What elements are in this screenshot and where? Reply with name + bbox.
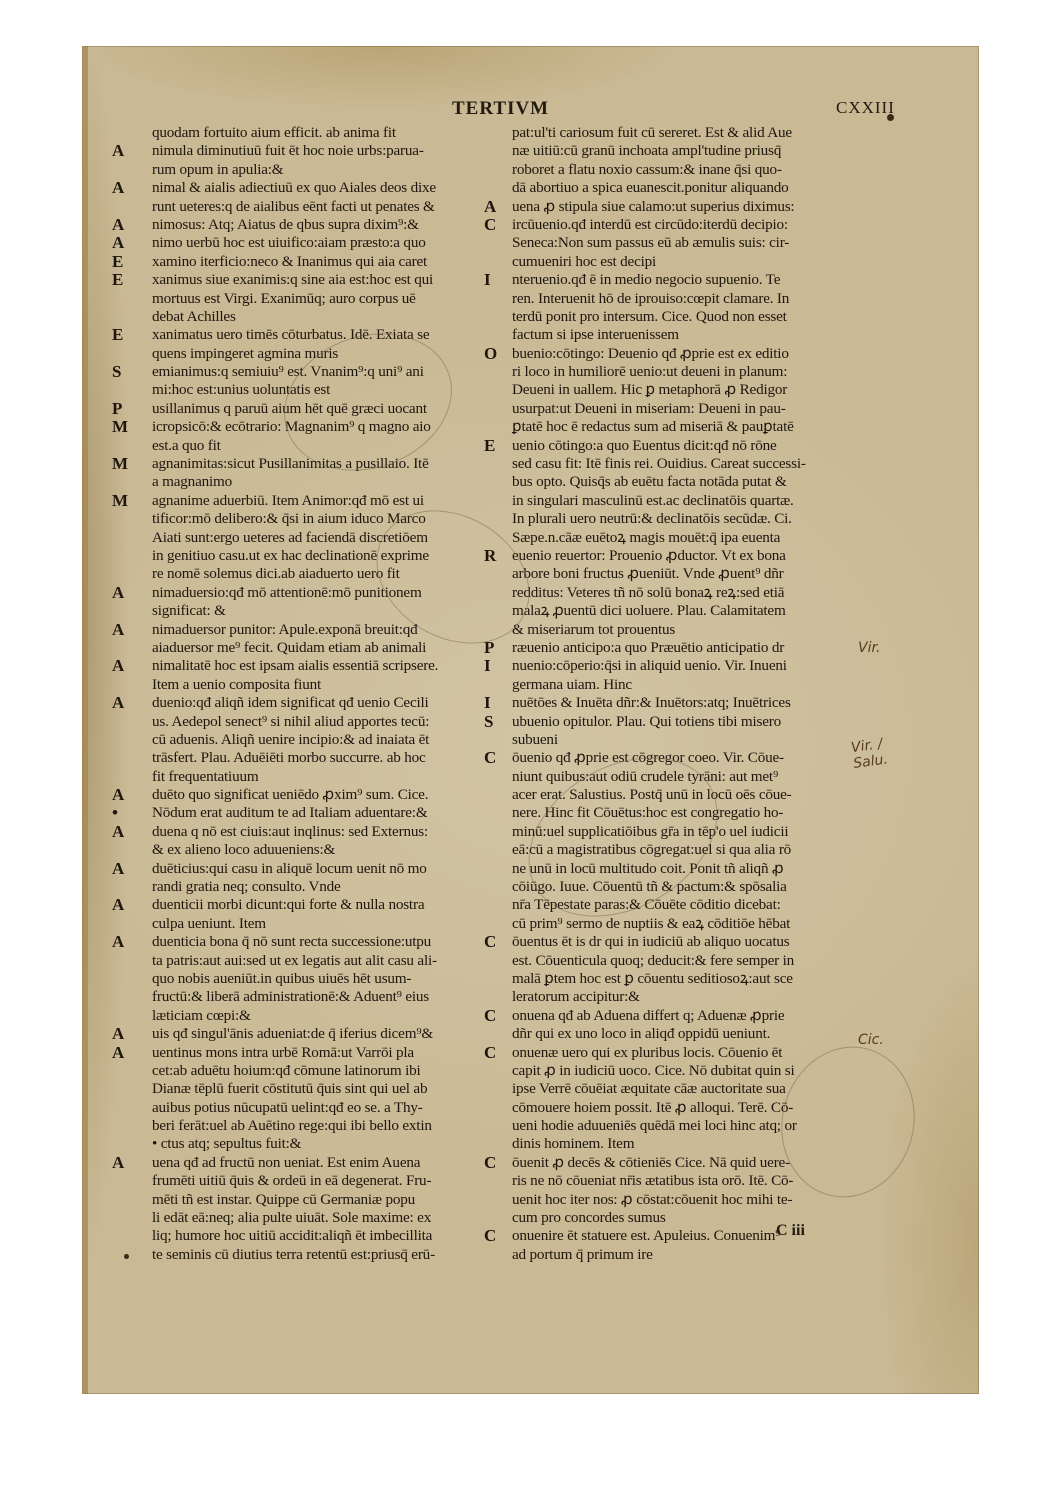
line-text: ren. Interuenit hō de iprouiso:cœpit cla… <box>512 290 789 308</box>
text-line: ꝑtatē hoc ē redactus sum ad miseriā & pa… <box>480 418 825 436</box>
initial-letter: M <box>112 418 134 436</box>
line-text: a magnanimo <box>152 473 232 491</box>
text-line: næ uitiū:cū granū inchoata ampl'tudine p… <box>480 142 825 160</box>
line-text: ris ne nō cōueniat nr̄is ætatibus ista o… <box>512 1172 793 1190</box>
line-text: ta patris:aut aui:sed ut ex legatis aut … <box>152 952 437 970</box>
line-text: ræuenio anticipo:a quo Præuētio anticipa… <box>512 639 784 657</box>
text-line: ueni hodie aduueniēs quēdā mei loci hinc… <box>480 1117 825 1135</box>
running-header-title: TERTIVM <box>452 98 549 120</box>
text-line: •Nōdum erat auditum te ad Italiam aduent… <box>112 804 482 822</box>
line-text: cum pro concordes sumus <box>512 1209 666 1227</box>
text-line: malā ꝑtem hoc est ꝑ cōuentu seditiosoꝝ:a… <box>480 970 825 988</box>
line-text: culpa ueniunt. Item <box>152 915 266 933</box>
text-line: Inuenio:cōperio:q̄si in aliquid uenio. V… <box>480 657 825 675</box>
line-text: nuenio:cōperio:q̄si in aliquid uenio. Vi… <box>512 657 787 675</box>
text-line: quo nobis aueniūt.in quibus uiuēs hēt us… <box>112 970 482 988</box>
text-line: Conuena qđ ab Aduena differt q; Aduenæ ꝓ… <box>480 1007 825 1025</box>
line-text: est.a quo fit <box>152 437 221 455</box>
line-text: uenio cōtingo:a quo Euentus dicit:qđ nō … <box>512 437 777 455</box>
line-text: duena q nō est ciuis:aut inqlinus: sed E… <box>152 823 428 841</box>
line-text: malā ꝑtem hoc est ꝑ cōuentu seditiosoꝝ:a… <box>512 970 793 988</box>
line-text: factum si ipse interuenissem <box>512 326 679 344</box>
text-line: Aduenio:qđ aliqñ idem significat qđ ueni… <box>112 694 482 712</box>
text-line: malaꝝ ꝓuentū dici uoluere. Plau. Calamit… <box>480 602 825 620</box>
line-text: malaꝝ ꝓuentū dici uoluere. Plau. Calamit… <box>512 602 786 620</box>
text-line: usurpat:ut Deueni in miseriam: Deueni in… <box>480 400 825 418</box>
page-edge-shadow <box>82 46 88 1394</box>
line-text: li edāt eā:neq; alia pulte uiuāt. Sole m… <box>152 1209 431 1227</box>
text-line: pat:ul'ti cariosum fuit cū sereret. Est … <box>480 124 825 142</box>
text-line: cōmouere hoiem possit. Itē ꝓ alloqui. Te… <box>480 1099 825 1117</box>
initial-letter: C <box>484 1007 506 1025</box>
text-line: Animula diminutiuū fuit ēt hoc noie urbs… <box>112 142 482 160</box>
initial-letter: A <box>112 896 134 914</box>
line-text: ꝑtatē hoc ē redactus sum ad miseriā & pa… <box>512 418 794 436</box>
text-line: Magnanimitas:sicut Pusillanimitas a pusi… <box>112 455 482 473</box>
text-line: cū aduenis. Aliqñ uenire incipio:& ad in… <box>112 731 482 749</box>
line-text: trāsfert. Plau. Aduēiēti morbo succurre.… <box>152 749 426 767</box>
text-line: & miseriarum tot prouentus <box>480 621 825 639</box>
text-line: Aduenticia bona q̄ nō sunt recta success… <box>112 933 482 951</box>
line-text: • ctus atq; sepultus fuit:& <box>152 1135 301 1153</box>
line-text: pat:ul'ti cariosum fuit cū sereret. Est … <box>512 124 792 142</box>
line-text: redditus: Veteres tñ nō solū bonaꝝ reꝝ:s… <box>512 584 784 602</box>
text-line: est. Cōuenticula quoq; deducit:& fere se… <box>480 952 825 970</box>
text-line: Deueni in uallem. Hic ꝑ metaphorā ꝓ Redi… <box>480 381 825 399</box>
text-line: ipse Verrē cōuēiat æquitate cāæ auctorit… <box>480 1080 825 1098</box>
text-line: beri ferāt:uel ab Auētino rege:qui ibi b… <box>112 1117 482 1135</box>
line-text: dā abortiuo a spica euanescit.ponitur al… <box>512 179 789 197</box>
line-text: ad portum q̄ primum ire <box>512 1246 653 1264</box>
text-line: ta patris:aut aui:sed ut ex legatis aut … <box>112 952 482 970</box>
line-text: duenticii morbi dicunt:qui forte & nulla… <box>152 896 424 914</box>
line-text: Nōdum erat auditum te ad Italiam aduenta… <box>152 804 427 822</box>
text-line: frumēti uitiū q̄uis & ordeū in eā degene… <box>112 1172 482 1190</box>
text-line: roboret a flatu noxio cassum:& inane q̄s… <box>480 161 825 179</box>
text-line: læticiam cœpi:& <box>112 1007 482 1025</box>
line-text: auibus potius nūcupatū uelint:qđ eo se. … <box>152 1099 423 1117</box>
initial-letter: C <box>484 749 506 767</box>
signature-mark: C iii <box>776 1222 805 1240</box>
line-text: terdū ponit pro intersum. Cice. Quod non… <box>512 308 787 326</box>
line-text: buenio:cōtingo: Deuenio qđ ꝓprie est ex … <box>512 345 789 363</box>
text-line: li edāt eā:neq; alia pulte uiuāt. Sole m… <box>112 1209 482 1227</box>
text-line: in singulari masculinū est.ac declinatōi… <box>480 492 825 510</box>
initial-letter: A <box>112 1025 134 1043</box>
line-text: ōuentus ēt is dr qui in iudiciū ab aliqu… <box>512 933 789 951</box>
initial-letter: M <box>112 492 134 510</box>
text-line: redditus: Veteres tñ nō solū bonaꝝ reꝝ:s… <box>480 584 825 602</box>
line-text: nimula diminutiuū fuit ēt hoc noie urbs:… <box>152 142 424 160</box>
line-text: uenit hoc iter nos: ꝓ cōstat:cōuenit hoc… <box>512 1191 792 1209</box>
text-line: leratorum accipitur:& <box>480 988 825 1006</box>
line-text: onuenæ uero qui ex pluribus locis. Cōuen… <box>512 1044 782 1062</box>
text-line: arbore boni fructus ꝓueniūt. Vnde ꝓuent⁹… <box>480 565 825 583</box>
line-text: debat Achilles <box>152 308 236 326</box>
marginal-note: Vir. <box>858 640 880 656</box>
line-text: onuenire ēt statuere est. Apuleius. Conu… <box>512 1227 780 1245</box>
text-line: dā abortiuo a spica euanescit.ponitur al… <box>480 179 825 197</box>
initial-letter: C <box>484 933 506 951</box>
line-text: roboret a flatu noxio cassum:& inane q̄s… <box>512 161 782 179</box>
line-text: fit frequentatiuum <box>152 768 258 786</box>
line-text: uentinus mons intra urbē Romā:ut Varrōi … <box>152 1044 414 1062</box>
text-line: dinis hominem. Item <box>480 1135 825 1153</box>
left-column: quodam fortuito aium efficit. ab anima f… <box>112 124 482 1264</box>
line-text: Seneca:Non sum passus eū ab æmulis suis:… <box>512 234 789 252</box>
initial-letter: A <box>112 621 134 639</box>
text-line: Inuētōes & Inuēta dñr:& Inuētors:atq; In… <box>480 694 825 712</box>
line-text: ri loco in humiliorē uenio:ut deueni in … <box>512 363 787 381</box>
line-text: liq; humore hoc uitiū accidit:aliqñ ēt i… <box>152 1227 432 1245</box>
line-text: usurpat:ut Deueni in miseriam: Deueni in… <box>512 400 786 418</box>
initial-letter: A <box>112 142 134 160</box>
line-text: læticiam cœpi:& <box>152 1007 251 1025</box>
line-text: capit ꝓ in iudiciū uoco. Cice. Nō dubita… <box>512 1062 794 1080</box>
line-text: uena qđ ad fructū non ueniat. Est enim A… <box>152 1154 420 1172</box>
line-text: tificor:mō delibero:& q̄si in aium iduco… <box>152 510 426 528</box>
line-text: uis qđ singul'ānis adueniat:de q̄ iferiu… <box>152 1025 433 1043</box>
line-text: euenio reuertor: Prouenio ꝓductor. Vt ex… <box>512 547 786 565</box>
initial-letter: C <box>484 1154 506 1172</box>
text-line: factum si ipse interuenissem <box>480 326 825 344</box>
line-text: ueni hodie aduueniēs quēdā mei loci hinc… <box>512 1117 797 1135</box>
line-text: xanimus siue exanimis:q sine aia est:hoc… <box>152 271 433 289</box>
text-line: Exanimus siue exanimis:q sine aia est:ho… <box>112 271 482 289</box>
text-line: Aduēto quo significat ueniēdo ꝓxim⁹ sum.… <box>112 786 482 804</box>
line-text: nimosus: Atq; Aiatus de qbus supra dixim… <box>152 216 419 234</box>
text-line: cū prim⁹ sermo de nuptiis & eaꝝ cōditiōe… <box>480 915 825 933</box>
book-page: TERTIVM CXXIII quodam fortuito aium effi… <box>82 46 979 1394</box>
initial-letter: E <box>112 326 134 344</box>
text-line: Magnanime aduerbiū. Item Animor:qđ mō es… <box>112 492 482 510</box>
line-text: nimo uerbū hoc est uiuifico:aiam præsto:… <box>152 234 426 252</box>
text-line: • ctus atq; sepultus fuit:& <box>112 1135 482 1153</box>
line-text: ōuenit ꝓ decēs & cōtieniēs Cice. Nā quid… <box>512 1154 790 1172</box>
line-text: est. Cōuenticula quoq; deducit:& fere se… <box>512 952 794 970</box>
text-line: fit frequentatiuum <box>112 768 482 786</box>
text-line: capit ꝓ in iudiciū uoco. Cice. Nō dubita… <box>480 1062 825 1080</box>
line-text: ircūuenio.qđ interdū est circūdo:iterdū … <box>512 216 788 234</box>
initial-letter: A <box>112 933 134 951</box>
text-line: Conuenire ēt statuere est. Apuleius. Con… <box>480 1227 825 1245</box>
line-text: germana uiam. Hinc <box>512 676 632 694</box>
initial-letter: E <box>112 271 134 289</box>
line-text: quodam fortuito aium efficit. ab anima f… <box>152 124 396 142</box>
text-line: Circūuenio.qđ interdū est circūdo:iterdū… <box>480 216 825 234</box>
text-line: cum pro concordes sumus <box>480 1209 825 1227</box>
text-line: us. Aedepol senect⁹ si nihil aliud appor… <box>112 713 482 731</box>
initial-letter: C <box>484 1227 506 1245</box>
text-line: runt ueteres:q de aialibus eēnt facti ut… <box>112 198 482 216</box>
text-line: Auis qđ singul'ānis adueniat:de q̄ iferi… <box>112 1025 482 1043</box>
text-line: Obuenio:cōtingo: Deuenio qđ ꝓprie est ex… <box>480 345 825 363</box>
text-line: Cōuentus ēt is dr qui in iudiciū ab aliq… <box>480 933 825 951</box>
text-line: cet:ab aduētu hoium:qđ cōmune latinorum … <box>112 1062 482 1080</box>
line-text: te seminis cū diutius terra retentū est:… <box>152 1246 435 1264</box>
line-text: næ uitiū:cū granū inchoata ampl'tudine p… <box>512 142 781 160</box>
text-line: Auena qđ ad fructū non ueniat. Est enim … <box>112 1154 482 1172</box>
initial-letter: E <box>484 437 506 455</box>
text-line: Aduēticius:qui casu in aliquē locum ueni… <box>112 860 482 878</box>
line-text: fructū:& liberā administrationē:& Aduent… <box>152 988 429 1006</box>
line-text: nimaduersor punitor: Apule.exponā breuit… <box>152 621 418 639</box>
text-line: culpa ueniunt. Item <box>112 915 482 933</box>
text-line: fructū:& liberā administrationē:& Aduent… <box>112 988 482 1006</box>
line-text: mēti tñ est instar. Quippe cū Germaniæ p… <box>152 1191 415 1209</box>
line-text: dinis hominem. Item <box>512 1135 634 1153</box>
text-line: cumueniri hoc est decipi <box>480 253 825 271</box>
initial-letter: O <box>484 345 506 363</box>
initial-letter: A <box>112 657 134 675</box>
text-line: Subuenio opitulor. Plau. Qui totiens tib… <box>480 713 825 731</box>
line-text: cōmouere hoiem possit. Itē ꝓ alloqui. Te… <box>512 1099 793 1117</box>
text-line: sed casu fit: Itē finis rei. Ouidius. Ca… <box>480 455 825 473</box>
line-text: leratorum accipitur:& <box>512 988 640 1006</box>
line-text: & ex alieno loco aduueniens:& <box>152 841 335 859</box>
initial-letter: A <box>112 234 134 252</box>
text-line: Conuenæ uero qui ex pluribus locis. Cōue… <box>480 1044 825 1062</box>
initial-letter: S <box>484 713 506 731</box>
text-line: Sæpe.n.cāæ euētoꝝ magis mouēt:q̄ ipa eue… <box>480 529 825 547</box>
line-text: beri ferāt:uel ab Auētino rege:qui ibi b… <box>152 1117 432 1135</box>
line-text: cet:ab aduētu hoium:qđ cōmune latinorum … <box>152 1062 421 1080</box>
initial-letter: A <box>112 823 134 841</box>
text-line: mortuus est Virgi. Exanimūq; auro corpus… <box>112 290 482 308</box>
line-text: re nomē solemus dici.ab aiaduerto uero f… <box>152 565 400 583</box>
line-text: Dianæ tēplū fuerit cōstitutū q̄uis sint … <box>152 1080 427 1098</box>
initial-letter: A <box>112 786 134 804</box>
text-line: ris ne nō cōueniat nr̄is ætatibus ista o… <box>480 1172 825 1190</box>
line-text: quo nobis aueniūt.in quibus uiuēs hēt us… <box>152 970 411 988</box>
line-text: duenticia bona q̄ nō sunt recta successi… <box>152 933 431 951</box>
text-line: Exanimatus uero timēs cōturbatus. Idē. E… <box>112 326 482 344</box>
folio-number: CXXIII <box>836 98 895 118</box>
text-line: Animalitatē hoc est ipsam aialis essenti… <box>112 657 482 675</box>
initial-letter: A <box>112 584 134 602</box>
line-text: duenio:qđ aliqñ idem significat qđ uenio… <box>152 694 429 712</box>
line-text: in singulari masculinū est.ac declinatōi… <box>512 492 794 510</box>
line-text: cū aduenis. Aliqñ uenire incipio:& ad in… <box>152 731 429 749</box>
line-text: frumēti uitiū q̄uis & ordeū in eā degene… <box>152 1172 431 1190</box>
initial-letter: E <box>112 253 134 271</box>
line-text: runt ueteres:q de aialibus eēnt facti ut… <box>152 198 435 216</box>
initial-letter: A <box>112 694 134 712</box>
line-text: nteruenio.qđ ē in medio negocio supuenio… <box>512 271 780 289</box>
line-text: ipse Verrē cōuēiat æquitate cāæ auctorit… <box>512 1080 786 1098</box>
initial-letter: C <box>484 1044 506 1062</box>
line-text: randi gratia neq; consulto. Vnde <box>152 878 341 896</box>
text-line: Item a uenio composita fiunt <box>112 676 482 694</box>
line-text: uena ꝓ stipula siue calamo:ut superius d… <box>512 198 794 216</box>
line-text: & miseriarum tot prouentus <box>512 621 675 639</box>
text-line: Seneca:Non sum passus eū ab æmulis suis:… <box>480 234 825 252</box>
text-line: liq; humore hoc uitiū accidit:aliqñ ēt i… <box>112 1227 482 1245</box>
initial-letter: A <box>112 860 134 878</box>
text-line: auibus potius nūcupatū uelint:qđ eo se. … <box>112 1099 482 1117</box>
initial-letter: I <box>484 657 506 675</box>
marginal-note: Cic. <box>858 1032 884 1048</box>
text-line: terdū ponit pro intersum. Cice. Quod non… <box>480 308 825 326</box>
text-line: In plurali uero neutrū:& declinatōis sec… <box>480 510 825 528</box>
text-line: debat Achilles <box>112 308 482 326</box>
text-line: mēti tñ est instar. Quippe cū Germaniæ p… <box>112 1191 482 1209</box>
initial-letter: S <box>112 363 134 381</box>
initial-letter: I <box>484 694 506 712</box>
text-line: Animo uerbū hoc est uiuifico:aiam præsto… <box>112 234 482 252</box>
line-text: subueni <box>512 731 558 749</box>
ink-dot <box>887 114 894 121</box>
text-line: rum opum in apulia:& <box>112 161 482 179</box>
line-text: Item a uenio composita fiunt <box>152 676 321 694</box>
line-text: cū prim⁹ sermo de nuptiis & eaꝝ cōditiōe… <box>512 915 790 933</box>
text-line: Dianæ tēplū fuerit cōstitutū q̄uis sint … <box>112 1080 482 1098</box>
text-line: & ex alieno loco aduueniens:& <box>112 841 482 859</box>
text-line: Interuenio.qđ ē in medio negocio supueni… <box>480 271 825 289</box>
line-text: us. Aedepol senect⁹ si nihil aliud appor… <box>152 713 429 731</box>
text-line: Cōuenit ꝓ decēs & cōtieniēs Cice. Nā qui… <box>480 1154 825 1172</box>
text-line: Animal & aialis adiectiuū ex quo Aiales … <box>112 179 482 197</box>
text-line: Aduenticii morbi dicunt:qui forte & null… <box>112 896 482 914</box>
initial-letter: A <box>112 179 134 197</box>
initial-letter: I <box>484 271 506 289</box>
line-text: Deueni in uallem. Hic ꝑ metaphorā ꝓ Redi… <box>512 381 787 399</box>
text-line: Euenio cōtingo:a quo Euentus dicit:qđ nō… <box>480 437 825 455</box>
text-line: Præuenio anticipo:a quo Præuētio anticip… <box>480 639 825 657</box>
initial-letter: C <box>484 216 506 234</box>
line-text: Sæpe.n.cāæ euētoꝝ magis mouēt:q̄ ipa eue… <box>512 529 780 547</box>
text-line: dñr qui ex uno loco in aliqđ oppidū ueni… <box>480 1025 825 1043</box>
initial-letter: A <box>112 1044 134 1062</box>
line-text: ubuenio opitulor. Plau. Qui totiens tibi… <box>512 713 781 731</box>
line-text: rum opum in apulia:& <box>152 161 283 179</box>
line-text: cumueniri hoc est decipi <box>512 253 656 271</box>
text-line: uenit hoc iter nos: ꝓ cōstat:cōuenit hoc… <box>480 1191 825 1209</box>
text-line: Animosus: Atq; Aiatus de qbus supra dixi… <box>112 216 482 234</box>
line-text: xamino iterficio:neco & Inanimus qui aia… <box>152 253 427 271</box>
text-line: Aduena q nō est ciuis:aut inqlinus: sed … <box>112 823 482 841</box>
text-line: bus opto. Quisq̄s ab euētu facta notāda … <box>480 473 825 491</box>
initial-letter: A <box>112 1154 134 1172</box>
text-line: Auena ꝓ stipula siue calamo:ut superius … <box>480 198 825 216</box>
text-line: ad portum q̄ primum ire <box>480 1246 825 1264</box>
line-text: duēticius:qui casu in aliquē locum uenit… <box>152 860 427 878</box>
text-line: randi gratia neq; consulto. Vnde <box>112 878 482 896</box>
text-line: subueni <box>480 731 825 749</box>
line-text: onuena qđ ab Aduena differt q; Aduenæ ꝓp… <box>512 1007 784 1025</box>
text-line: te seminis cū diutius terra retentū est:… <box>112 1246 482 1264</box>
text-line: germana uiam. Hinc <box>480 676 825 694</box>
initial-letter: • <box>112 804 134 822</box>
initial-letter: A <box>112 216 134 234</box>
text-line: Auentinus mons intra urbē Romā:ut Varrōi… <box>112 1044 482 1062</box>
text-line: quodam fortuito aium efficit. ab anima f… <box>112 124 482 142</box>
line-text: aiaduersor me⁹ fecit. Quidam etiam ab an… <box>152 639 426 657</box>
text-line: aiaduersor me⁹ fecit. Quidam etiam ab an… <box>112 639 482 657</box>
line-text: bus opto. Quisq̄s ab euētu facta notāda … <box>512 473 787 491</box>
line-text: nimalitatē hoc est ipsam aialis essentiā… <box>152 657 438 675</box>
line-text: sed casu fit: Itē finis rei. Ouidius. Ca… <box>512 455 806 473</box>
text-line: Reuenio reuertor: Prouenio ꝓductor. Vt e… <box>480 547 825 565</box>
line-text: dñr qui ex uno loco in aliqđ oppidū ueni… <box>512 1025 770 1043</box>
line-text: nuētōes & Inuēta dñr:& Inuētors:atq; Inu… <box>512 694 791 712</box>
right-column: pat:ul'ti cariosum fuit cū sereret. Est … <box>480 124 825 1264</box>
line-text: agnanime aduerbiū. Item Animor:qđ mō est… <box>152 492 424 510</box>
line-text: significat: & <box>152 602 226 620</box>
text-line: trāsfert. Plau. Aduēiēti morbo succurre.… <box>112 749 482 767</box>
text-line: ri loco in humiliorē uenio:ut deueni in … <box>480 363 825 381</box>
line-text: duēto quo significat ueniēdo ꝓxim⁹ sum. … <box>152 786 428 804</box>
line-text: mortuus est Virgi. Exanimūq; auro corpus… <box>152 290 416 308</box>
initial-letter: A <box>484 198 506 216</box>
text-line: Examino iterficio:neco & Inanimus qui ai… <box>112 253 482 271</box>
marginal-note: Vir. / Salu. <box>850 732 914 772</box>
line-text: arbore boni fructus ꝓueniūt. Vnde ꝓuent⁹… <box>512 565 784 583</box>
line-text: In plurali uero neutrū:& declinatōis sec… <box>512 510 792 528</box>
initial-letter: P <box>112 400 134 418</box>
text-line: a magnanimo <box>112 473 482 491</box>
text-line: ren. Interuenit hō de iprouiso:cœpit cla… <box>480 290 825 308</box>
initial-letter: M <box>112 455 134 473</box>
line-text: nimal & aialis adiectiuū ex quo Aiales d… <box>152 179 436 197</box>
